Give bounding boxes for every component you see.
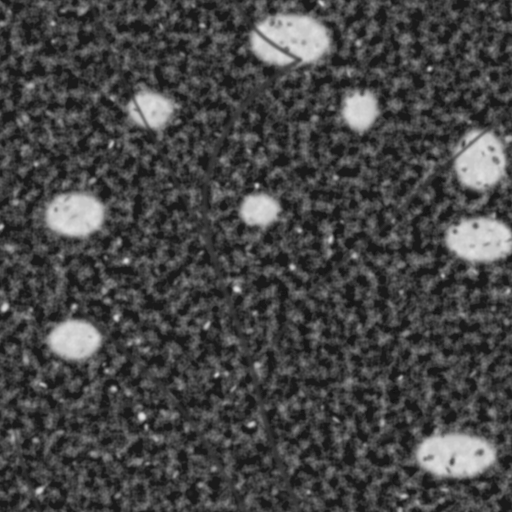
tree-canopy-photo (0, 0, 512, 512)
canopy-drawing (0, 0, 512, 512)
